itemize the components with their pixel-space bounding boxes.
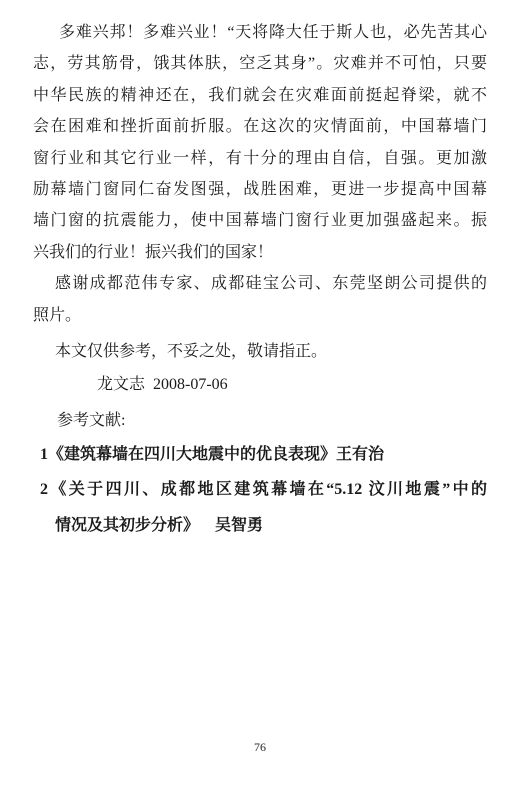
text-line: 兴我们的行业！振兴我们的国家！: [33, 237, 487, 268]
text-line: 感谢成都范伟专家、成都硅宝公司、东莞坚朗公司提供的: [33, 268, 487, 299]
text-line: 2《关于四川、成都地区建筑幕墙在“5.12 汶川地震”中的: [33, 474, 487, 505]
text-line: 励幕墙门窗同仁奋发图强，战胜困难，更进一步提高中国幕: [33, 174, 487, 205]
document-page: 多难兴邦！多难兴业！“天将降大任于斯人也，必先苦其心志，劳其筋骨，饿其体肤，空乏…: [0, 0, 520, 786]
text-line: 龙文志 2008-07-06: [33, 369, 487, 400]
text-line: 情况及其初步分析》 吴智勇: [33, 510, 487, 541]
text-line: 中华民族的精神还在，我们就会在灾难面前挺起脊梁，就不: [33, 80, 487, 111]
text-line: 多难兴邦！多难兴业！“天将降大任于斯人也，必先苦其心: [33, 17, 487, 48]
text-line: 会在困难和挫折面前折服。在这次的灾情面前，中国幕墙门: [33, 111, 487, 142]
text-line: 1《建筑幕墙在四川大地震中的优良表现》王有治: [33, 439, 487, 470]
text-line: 参考文献:: [33, 405, 487, 436]
text-line: 照片。: [33, 300, 487, 331]
text-line: 墙门窗的抗震能力，使中国幕墙门窗行业更加强盛起来。振: [33, 205, 487, 236]
page-number: 76: [0, 740, 520, 755]
text-line: 志，劳其筋骨，饿其体肤，空乏其身”。灾难并不可怕，只要: [33, 48, 487, 79]
document-content: 多难兴邦！多难兴业！“天将降大任于斯人也，必先苦其心志，劳其筋骨，饿其体肤，空乏…: [33, 17, 487, 541]
text-line: 窗行业和其它行业一样，有十分的理由自信，自强。更加激: [33, 143, 487, 174]
text-line: 本文仅供参考，不妥之处，敬请指正。: [33, 336, 487, 367]
